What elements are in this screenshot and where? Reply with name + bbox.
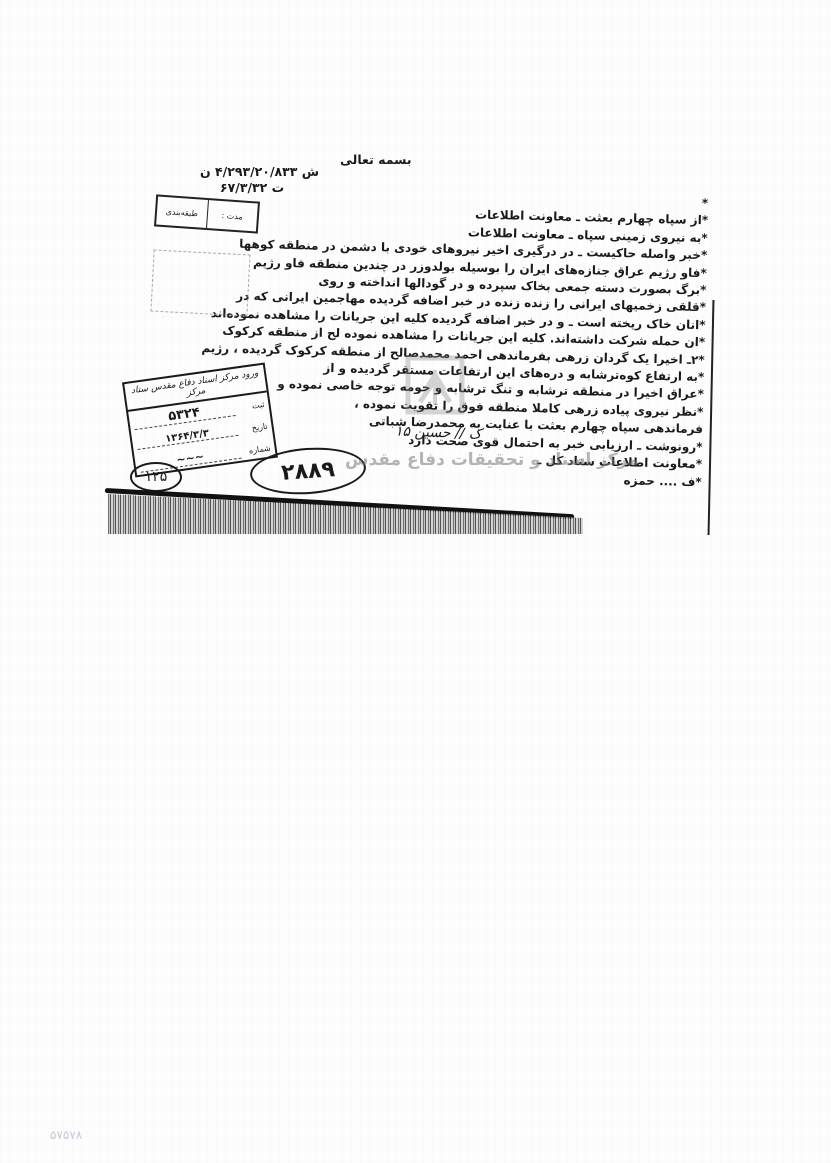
classification-cell: طبقه‌بندی: [156, 197, 207, 228]
footer-number: ۵۷۵۷۸: [50, 1128, 82, 1142]
faded-box: [150, 250, 250, 317]
stamp-label: شماره: [240, 443, 271, 456]
archive-logo-icon: [400, 350, 470, 420]
watermark-text: مرکز اسناد و تحقیقات دفاع مقدس: [345, 450, 639, 470]
page-number-circle: ۱۲۵: [130, 462, 182, 492]
stamp-label: ثبت: [234, 399, 265, 412]
signature: ک // حسین ۱۵: [395, 423, 482, 442]
registration-stamp: ورود مرکز اسناد دفاع مقدس ستاد مرکز ثبت …: [122, 362, 278, 477]
stamp-label: تاریخ: [237, 421, 268, 434]
classification-cell: مدت :: [206, 200, 258, 231]
